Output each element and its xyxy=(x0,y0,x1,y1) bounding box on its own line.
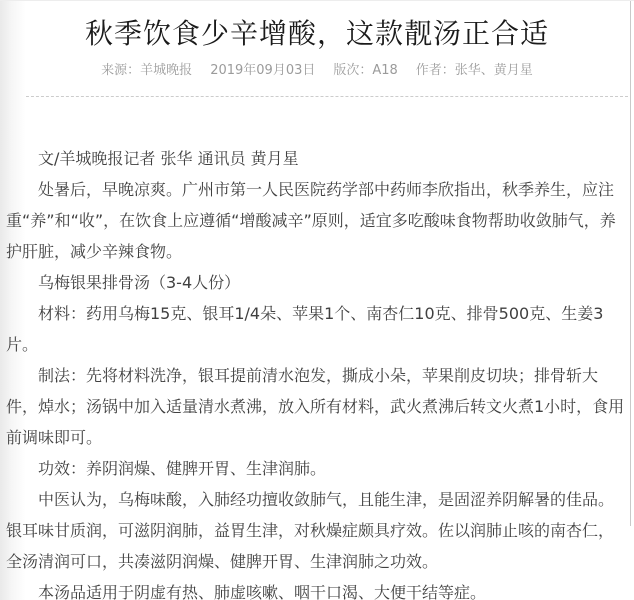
article-meta: 来源：羊城晚报2019年09月03日版次：A18作者：张华、黄月星 xyxy=(0,62,634,80)
article-paragraph-ingredients: 材料：药用乌梅15克、银耳1/4朵、苹果1个、南杏仁10克、排骨500克、生姜3… xyxy=(6,298,628,360)
article-paragraph-tcm-analysis: 中医认为，乌梅味酸，入肺经功擅收敛肺气，且能生津，是固涩养阴解暑的佳品。银耳味甘… xyxy=(6,484,628,577)
article-paragraph-effects: 功效：养阴润燥、健脾开胃、生津润肺。 xyxy=(6,453,628,484)
article-body: 文/羊城晚报记者 张华 通讯员 黄月星 处暑后，早晚凉爽。广州市第一人民医院药学… xyxy=(0,143,634,600)
dashed-divider xyxy=(6,96,628,97)
meta-author: 作者：张华、黄月星 xyxy=(416,63,533,78)
article-paragraph-byline: 文/羊城晚报记者 张华 通讯员 黄月星 xyxy=(6,143,628,174)
meta-date: 2019年09月03日 xyxy=(210,63,315,78)
article-paragraph-method: 制法：先将材料洗净，银耳提前清水泡发，撕成小朵，苹果削皮切块；排骨斩大件，焯水；… xyxy=(6,360,628,453)
article-header: 秋季饮食少辛增酸，这款靓汤正合适 来源：羊城晚报2019年09月03日版次：A1… xyxy=(0,1,634,80)
article-title: 秋季饮食少辛增酸，这款靓汤正合适 xyxy=(0,16,634,52)
meta-edition: 版次：A18 xyxy=(333,63,397,78)
article-paragraph-recipe-name: 乌梅银果排骨汤（3-4人份） xyxy=(6,267,628,298)
article-paragraph-suitability: 本汤品适用于阴虚有热、肺虚咳嗽、咽干口渴、大便干结等症。 xyxy=(6,577,628,600)
article-page: 秋季饮食少辛增酸，这款靓汤正合适 来源：羊城晚报2019年09月03日版次：A1… xyxy=(0,0,634,600)
meta-source: 来源：羊城晚报 xyxy=(101,63,192,78)
article-paragraph-intro: 处暑后，早晚凉爽。广州市第一人民医院药学部中药师李欣指出，秋季养生，应注重“养”… xyxy=(6,174,628,267)
